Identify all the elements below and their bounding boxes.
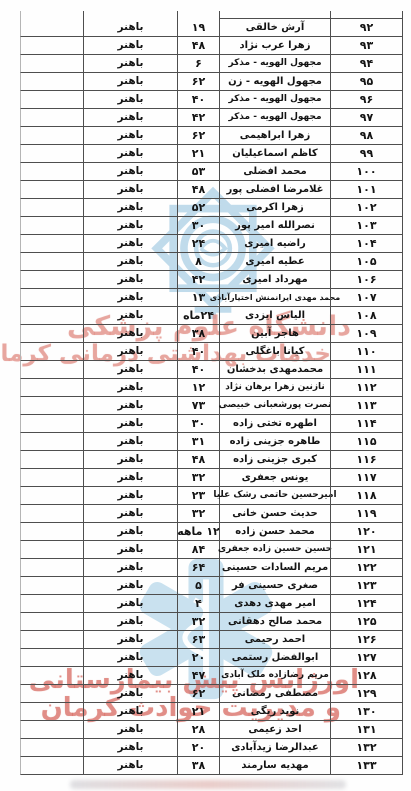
empty-cell [20,307,83,325]
name-cell: مجهول الهویه - مذکر [219,91,330,109]
hospital-cell: باهنر [83,559,177,577]
empty-cell [20,289,83,307]
empty-cell [20,217,83,235]
empty-cell [20,739,83,757]
empty-cell [20,199,83,217]
hospital-cell: باهنر [83,541,177,559]
age-cell: ۲۰ [177,739,219,757]
hospital-cell: باهنر [83,199,177,217]
age-cell: ۴۰ [177,361,219,379]
hospital-cell: باهنر [83,685,177,703]
hospital-cell: باهنر [83,739,177,757]
name-cell: مریم السادات حسینی [219,559,330,577]
age-cell: ۲۱ [177,703,219,721]
age-cell: ۷۳ [177,397,219,415]
hospital-cell: باهنر [83,595,177,613]
hospital-cell: باهنر [83,487,177,505]
empty-cell [20,433,83,451]
name-cell: امیرحسین حاتمی رشک علیا [219,487,330,505]
empty-cell [20,73,83,91]
row-number-cell: ۹۵ [330,73,403,91]
name-cell: زهرا ابراهیمی [219,127,330,145]
hospital-cell: باهنر [83,289,177,307]
hospital-cell: باهنر [83,397,177,415]
row-number-cell: ۱۲۲ [330,559,403,577]
row-number-cell: ۹۷ [330,109,403,127]
hospital-cell: باهنر [83,37,177,55]
age-cell: ۳۲ [177,613,219,631]
empty-cell [20,37,83,55]
row-number-cell: ۱۰۷ [330,289,403,307]
row-number-cell: ۱۰۳ [330,217,403,235]
age-cell: ۳۸ [177,757,219,775]
empty-cell [20,757,83,775]
empty-cell [20,523,83,541]
name-cell: امیر مهدی دهدی [219,595,330,613]
age-cell: ۲۱ [177,145,219,163]
name-cell: احد زعیمی [219,721,330,739]
hospital-cell: باهنر [83,109,177,127]
hospital-cell: باهنر [83,343,177,361]
hospital-cell: باهنر [83,361,177,379]
age-cell: ۶۲ [177,685,219,703]
row-number-cell: ۹۸ [330,127,403,145]
empty-cell [20,703,83,721]
row-number-cell: ۱۰۰ [330,163,403,181]
empty-cell [20,109,83,127]
table-top-stub [330,11,403,19]
name-cell: زهرا اکرمی [219,199,330,217]
age-cell: ۱۲ [177,379,219,397]
hospital-cell: باهنر [83,271,177,289]
row-number-cell: ۱۰۶ [330,271,403,289]
hospital-cell: باهنر [83,433,177,451]
hospital-cell: باهنر [83,307,177,325]
empty-cell [20,271,83,289]
name-cell: احمد رحیمی [219,631,330,649]
age-cell: ۱۹ [177,19,219,37]
row-number-cell: ۱۳۳ [330,757,403,775]
name-cell: مجهول الهویه - زن [219,73,330,91]
hospital-cell: باهنر [83,523,177,541]
hospital-cell: باهنر [83,757,177,775]
hospital-cell: باهنر [83,577,177,595]
bottom-watermark-residue [70,780,346,789]
empty-cell [20,649,83,667]
name-cell: کبری جزینی زاده [219,451,330,469]
empty-cell [20,415,83,433]
name-cell: نصرالله امیر پور [219,217,330,235]
row-number-cell: ۱۲۷ [330,649,403,667]
empty-cell [20,325,83,343]
hospital-cell: باهنر [83,181,177,199]
hospital-cell: باهنر [83,127,177,145]
row-number-cell: ۹۶ [330,91,403,109]
name-cell: صغری حسینی فر [219,577,330,595]
name-cell: مجهول الهویه - مذکر [219,109,330,127]
hospital-cell: باهنر [83,649,177,667]
hospital-cell: باهنر [83,73,177,91]
row-number-cell: ۱۱۴ [330,415,403,433]
age-cell: ۴۲ [177,271,219,289]
hospital-cell: باهنر [83,667,177,685]
empty-cell [20,685,83,703]
row-number-cell: ۱۲۱ [330,541,403,559]
age-cell: ۴ [177,595,219,613]
age-cell: ۴۰ [177,91,219,109]
row-number-cell: ۱۱۲ [330,379,403,397]
age-cell: ۶ [177,55,219,73]
row-number-cell: ۱۰۹ [330,325,403,343]
age-cell: ۵۳ [177,163,219,181]
hospital-cell: باهنر [83,469,177,487]
hospital-cell: باهنر [83,145,177,163]
name-cell: آرش خالقی [219,19,330,37]
name-cell: محمدمهدی بدخشان [219,361,330,379]
row-number-cell: ۱۱۱ [330,361,403,379]
age-cell: ۲۰ [177,649,219,667]
name-cell: یونس جعفری [219,469,330,487]
age-cell: ۴۸ [177,37,219,55]
age-cell: ۸۴ [177,541,219,559]
name-cell: اطهره تختی زاده [219,415,330,433]
name-cell: مصطفی رمضانی [219,685,330,703]
row-number-cell: ۱۳۲ [330,739,403,757]
name-cell: عبدالرضا زیدآبادی [219,739,330,757]
age-cell: ۶۲ [177,127,219,145]
empty-cell [20,379,83,397]
row-number-cell: ۱۱۵ [330,433,403,451]
patients-table: باهنر۱۹آرش خالقی۹۲باهنر۴۸زهرا عرب نژاد۹۳… [20,11,403,775]
row-number-cell: ۱۰۱ [330,181,403,199]
age-cell: ۳۲ [177,505,219,523]
table-top-stub [219,11,330,19]
row-number-cell: ۱۰۴ [330,235,403,253]
row-number-cell: ۱۰۲ [330,199,403,217]
scanned-page: دانشگاه علوم پزشکی خدمات بهداشتی درمانی … [0,0,411,791]
age-cell: ۳۱ [177,433,219,451]
row-number-cell: ۹۳ [330,37,403,55]
empty-cell [20,559,83,577]
age-cell: ۶۳ [177,631,219,649]
age-cell: ۵ [177,577,219,595]
row-number-cell: ۱۰۵ [330,253,403,271]
name-cell: عطیه امیری [219,253,330,271]
name-cell: نصرت پورشعبانی خبیصی [219,397,330,415]
name-cell: مریم رضازاده ملک آبادی [219,667,330,685]
hospital-cell: باهنر [83,703,177,721]
age-cell: ۳۸ [177,325,219,343]
age-cell: ۸ [177,253,219,271]
hospital-cell: باهنر [83,325,177,343]
row-number-cell: ۱۲۰ [330,523,403,541]
name-cell: هاجر آبین [219,325,330,343]
empty-cell [20,235,83,253]
table-top-stub [20,11,83,19]
age-cell: ۴۸ [177,451,219,469]
empty-cell [20,595,83,613]
age-cell: ۴۷ [177,667,219,685]
age-cell: ۳۲ [177,469,219,487]
row-number-cell: ۱۱۰ [330,343,403,361]
name-cell: نوید ریگی [219,703,330,721]
row-number-cell: ۱۱۷ [330,469,403,487]
hospital-cell: باهنر [83,613,177,631]
hospital-cell: باهنر [83,721,177,739]
row-number-cell: ۹۹ [330,145,403,163]
row-number-cell: ۱۳۱ [330,721,403,739]
name-cell: مجهول الهویه - مذکر [219,55,330,73]
empty-cell [20,505,83,523]
name-cell: حسین حسین زاده جعفری [219,541,330,559]
row-number-cell: ۱۲۸ [330,667,403,685]
hospital-cell: باهنر [83,235,177,253]
empty-cell [20,397,83,415]
row-number-cell: ۱۰۸ [330,307,403,325]
name-cell: محمد افضلی [219,163,330,181]
hospital-cell: باهنر [83,163,177,181]
hospital-cell: باهنر [83,631,177,649]
name-cell: مهدیه سارمند [219,757,330,775]
age-cell: ۲۸ [177,721,219,739]
name-cell: محمد حسن زاده [219,523,330,541]
name-cell: طاهره جزینی زاده [219,433,330,451]
hospital-cell: باهنر [83,379,177,397]
age-cell: ۲۴ماه [177,307,219,325]
name-cell: کیانا باغگلی [219,343,330,361]
age-cell: ۳۰ [177,415,219,433]
age-cell: ۴۲ [177,109,219,127]
name-cell: مهرداد امیری [219,271,330,289]
name-cell: راضیه امیری [219,235,330,253]
empty-cell [20,487,83,505]
row-number-cell: ۱۳۰ [330,703,403,721]
name-cell: حدیث حسن خانی [219,505,330,523]
name-cell: کاظم اسماعیلیان [219,145,330,163]
row-number-cell: ۹۲ [330,19,403,37]
row-number-cell: ۱۱۶ [330,451,403,469]
name-cell: محمد صالح دهقانی [219,613,330,631]
row-number-cell: ۱۱۸ [330,487,403,505]
empty-cell [20,253,83,271]
row-number-cell: ۱۱۳ [330,397,403,415]
empty-cell [20,577,83,595]
age-cell: ۴۰ [177,343,219,361]
empty-cell [20,469,83,487]
hospital-cell: باهنر [83,505,177,523]
empty-cell [20,181,83,199]
empty-cell [20,613,83,631]
name-cell: ابوالفضل رستمی [219,649,330,667]
age-cell: ۶۲ [177,73,219,91]
row-number-cell: ۱۱۹ [330,505,403,523]
age-cell: ۶۴ [177,559,219,577]
name-cell: غلامرضا افضلی پور [219,181,330,199]
row-number-cell: ۱۲۳ [330,577,403,595]
name-cell: زهرا عرب نژاد [219,37,330,55]
row-number-cell: ۱۲۵ [330,613,403,631]
empty-cell [20,451,83,469]
hospital-cell: باهنر [83,217,177,235]
age-cell: ۲۴ [177,235,219,253]
empty-cell [20,19,83,37]
hospital-cell: باهنر [83,253,177,271]
hospital-cell: باهنر [83,451,177,469]
empty-cell [20,55,83,73]
row-number-cell: ۹۴ [330,55,403,73]
age-cell: ۵۲ [177,199,219,217]
empty-cell [20,343,83,361]
empty-cell [20,361,83,379]
empty-cell [20,721,83,739]
hospital-cell: باهنر [83,19,177,37]
age-cell: ۳۰ [177,217,219,235]
name-cell: الیاس ایزدی [219,307,330,325]
empty-cell [20,667,83,685]
row-number-cell: ۱۲۶ [330,631,403,649]
row-number-cell: ۱۲۹ [330,685,403,703]
empty-cell [20,127,83,145]
hospital-cell: باهنر [83,55,177,73]
row-number-cell: ۱۲۴ [330,595,403,613]
hospital-cell: باهنر [83,415,177,433]
table-top-stub [177,11,219,19]
table-top-stub [83,11,177,19]
empty-cell [20,91,83,109]
empty-cell [20,145,83,163]
hospital-cell: باهنر [83,91,177,109]
empty-cell [20,541,83,559]
age-cell: ۴۸ [177,181,219,199]
empty-cell [20,631,83,649]
name-cell: نازنین زهرا برهان نژاد [219,379,330,397]
age-cell: ۱۲ ماهه [177,523,219,541]
name-cell: محمد مهدی ایرانمنش اختیارآبادی [219,289,330,307]
empty-cell [20,163,83,181]
